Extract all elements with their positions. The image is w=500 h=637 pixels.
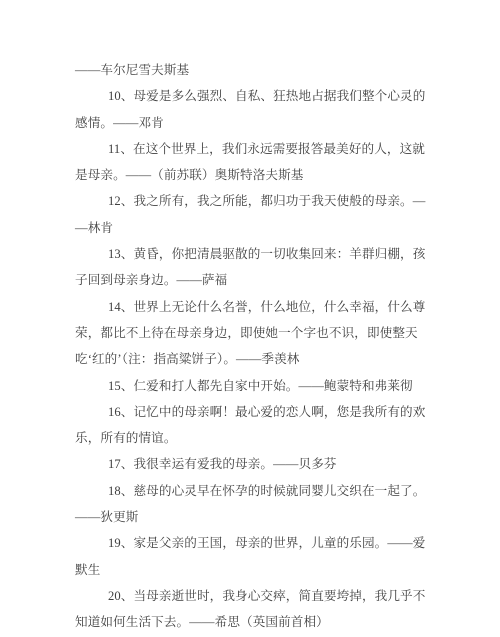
text-line: 吃‘红的’（注：指高粱饼子）。——季羡林: [75, 346, 427, 372]
text-line: 是母亲。——（前苏联）奥斯特洛夫斯基: [75, 162, 427, 188]
text-line: 荣，都比不上待在母亲身边，即使她一个字也不识，即使整天: [75, 320, 427, 346]
text-line: 13、黄昏，你把清晨驱散的一切收集回来：羊群归棚，孩: [75, 241, 427, 267]
text-line: ——车尔尼雪夫斯基: [75, 57, 427, 83]
text-line: 感情。——邓肯: [75, 110, 427, 136]
text-line: 19、家是父亲的王国，母亲的世界，儿童的乐园。——爱: [75, 530, 427, 556]
text-line: 12、我之所有，我之所能，都归功于我天使般的母亲。—: [75, 188, 427, 214]
text-line: 17、我很幸运有爱我的母亲。——贝多芬: [75, 451, 427, 477]
text-line: 20、当母亲逝世时，我身心交瘁，简直要垮掉，我几乎不: [75, 583, 427, 609]
text-column: ——车尔尼雪夫斯基10、母爱是多么强烈、自私、狂热地占据我们整个心灵的感情。——…: [75, 57, 427, 636]
text-line: 10、母爱是多么强烈、自私、狂热地占据我们整个心灵的: [75, 83, 427, 109]
text-line: 15、仁爱和打人都先自家中开始。——鲍蒙特和弗莱彻: [75, 373, 427, 399]
text-line: —林肯: [75, 215, 427, 241]
text-line: 乐，所有的情谊。: [75, 425, 427, 451]
document-page: ——车尔尼雪夫斯基10、母爱是多么强烈、自私、狂热地占据我们整个心灵的感情。——…: [0, 0, 500, 637]
text-line: 11、在这个世界上，我们永远需要报答最美好的人，这就: [75, 136, 427, 162]
text-line: 知道如何生活下去。——希思（英国前首相）: [75, 609, 427, 635]
text-line: 子回到母亲身边。——萨福: [75, 267, 427, 293]
text-line: 18、慈母的心灵早在怀孕的时候就同婴儿交织在一起了。: [75, 478, 427, 504]
text-line: 14、世界上无论什么名誉，什么地位，什么幸福，什么尊: [75, 294, 427, 320]
text-line: 默生: [75, 557, 427, 583]
text-line: ——狄更斯: [75, 504, 427, 530]
text-line: 16、记忆中的母亲啊！最心爱的恋人啊，您是我所有的欢: [75, 399, 427, 425]
